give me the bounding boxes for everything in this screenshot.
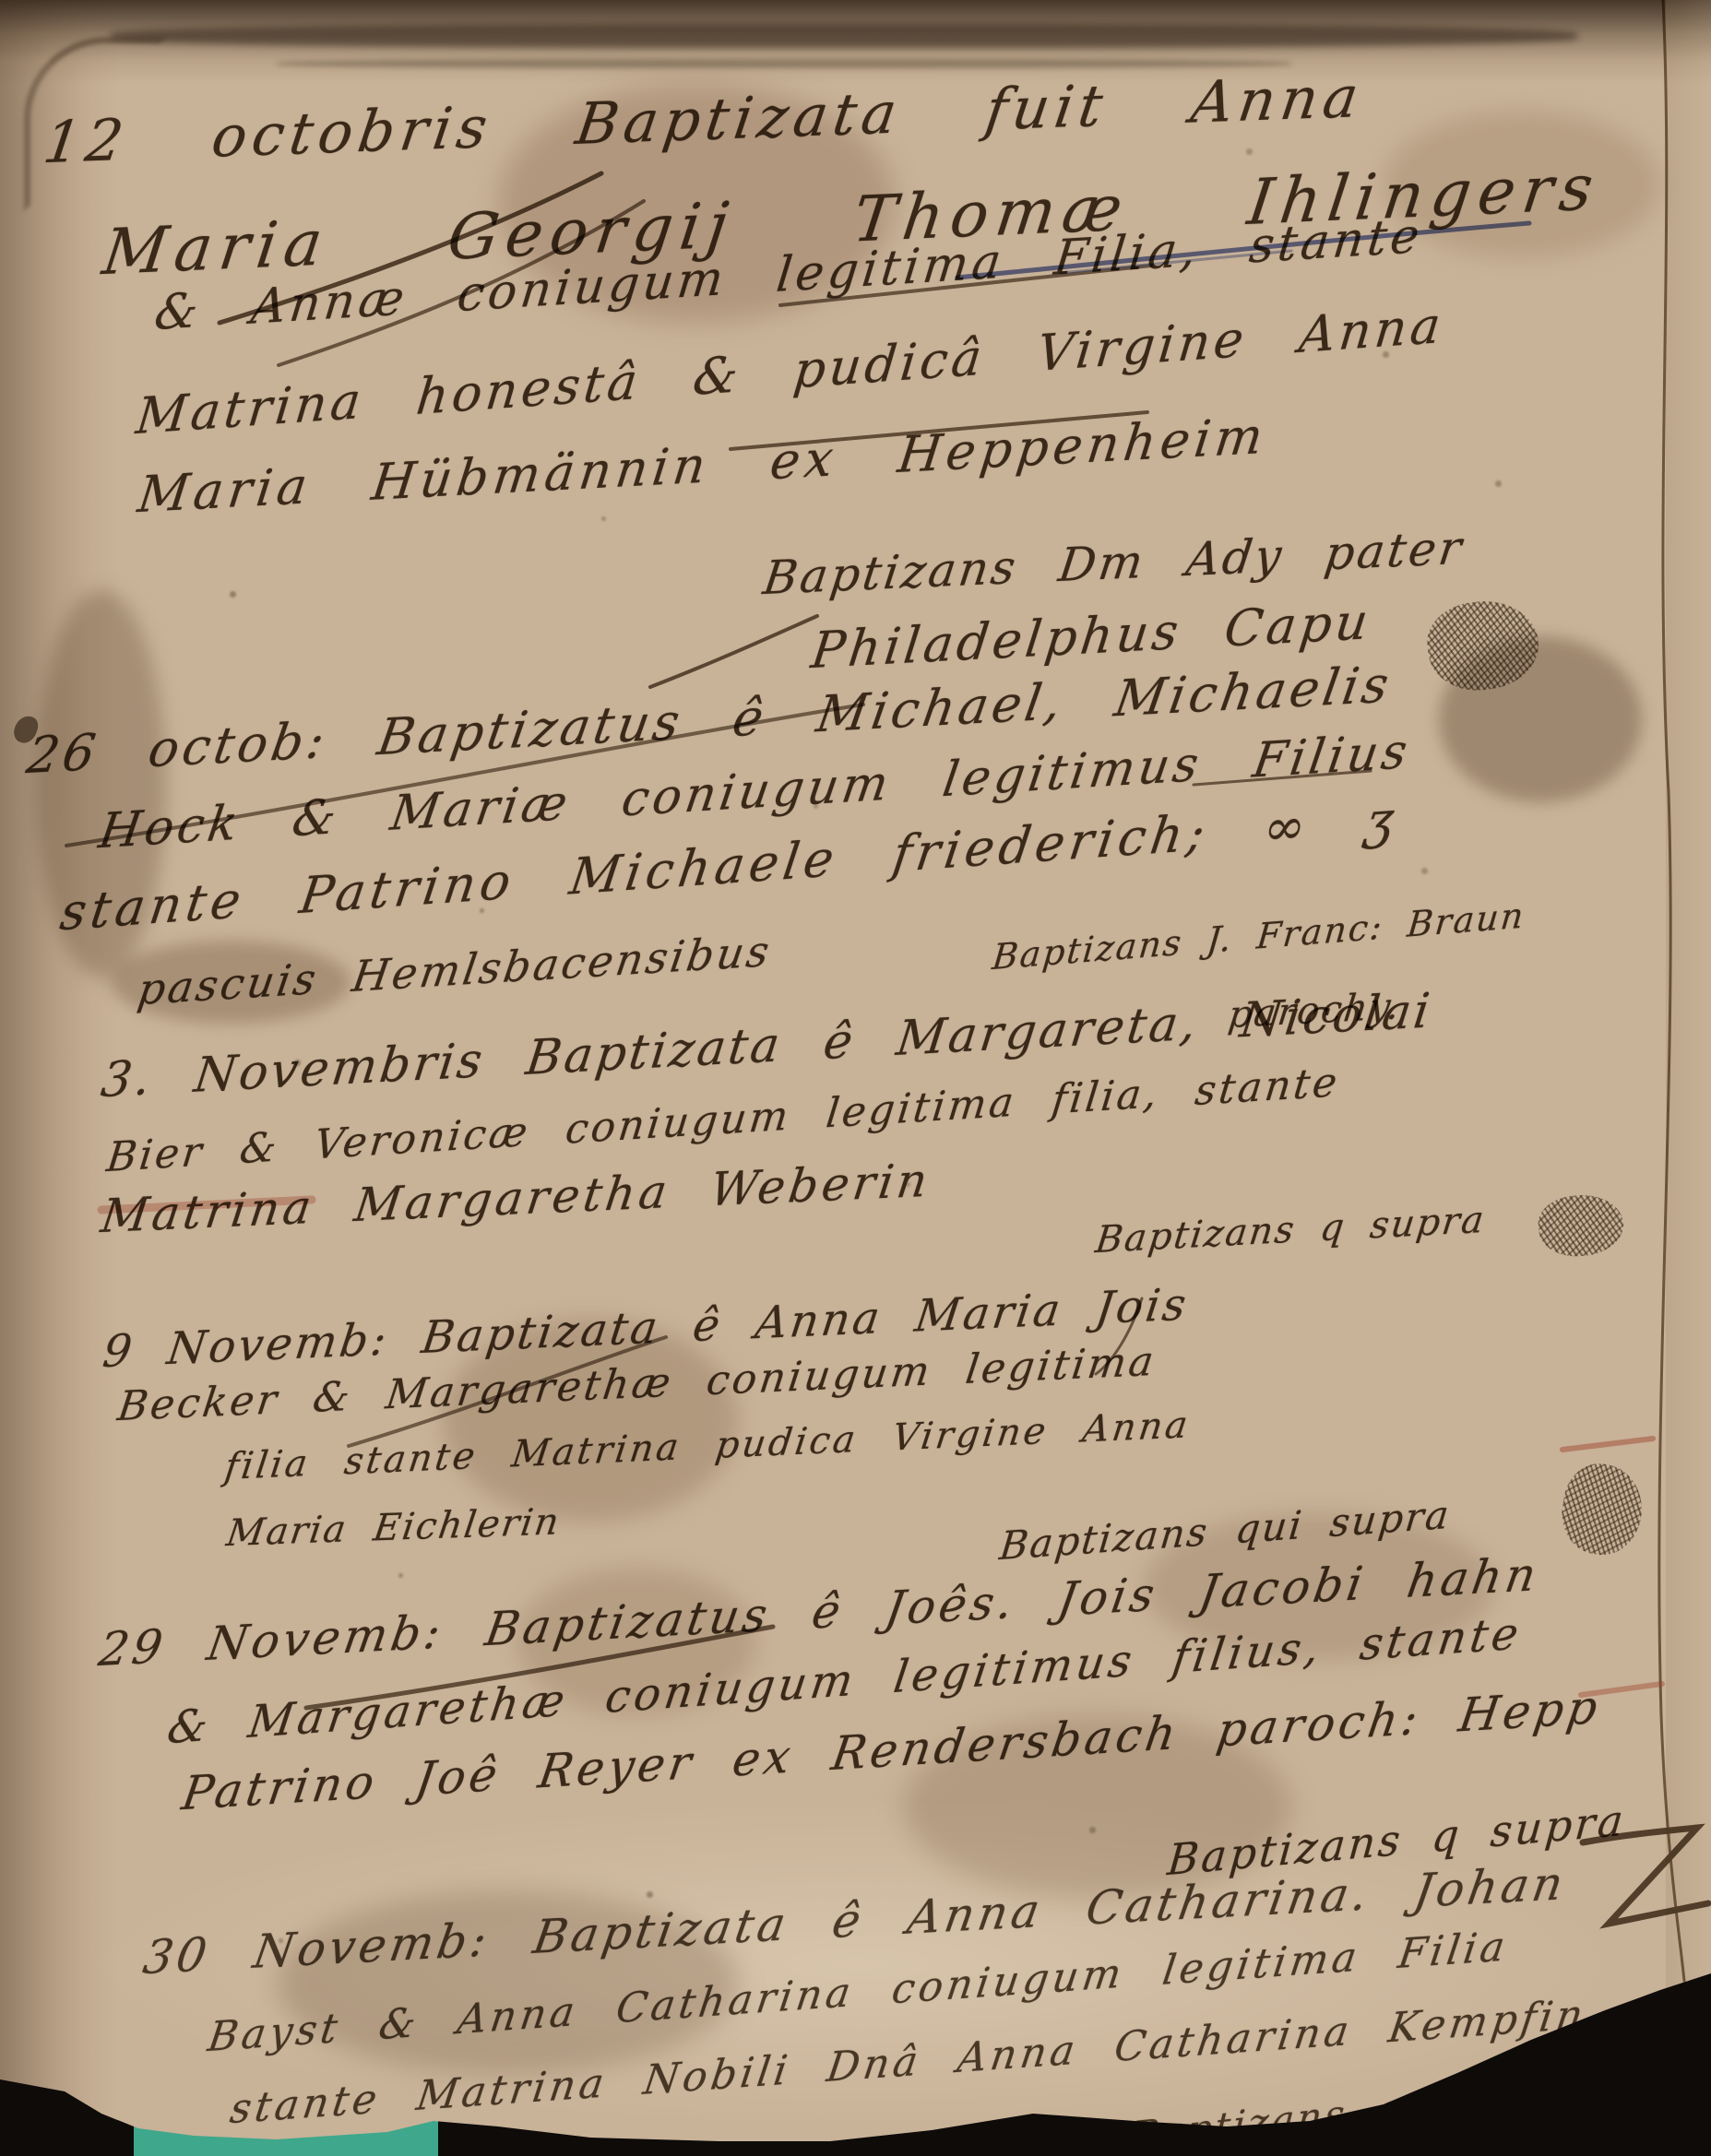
manuscript-photo: 12 octobris Baptizata fuit Anna Maria Ge… xyxy=(0,0,1711,2156)
parchment-stain xyxy=(1439,636,1642,802)
red-chalk-mark-1 xyxy=(101,1200,312,1210)
baptizans-signature-line: Baptizans Dm Ady pater xyxy=(760,521,1467,606)
baptizans-signature-line: Baptizans J. Franc: Braun xyxy=(991,894,1527,977)
parchment-stain xyxy=(277,1890,738,2075)
parchment-stain xyxy=(517,1568,756,1715)
foxing-specks xyxy=(0,0,5,5)
entry-text-line: Bier & Veronicæ coniugum legitima filia,… xyxy=(104,1059,1342,1181)
parchment-stain xyxy=(1144,1512,1494,1660)
blue-pencil-underline-2 xyxy=(1061,251,1291,273)
pen-scribble xyxy=(1555,1458,1649,1560)
pen-scribble xyxy=(1536,1191,1626,1260)
entry3-q-descender xyxy=(1096,1298,1142,1374)
red-chalk-mark-2 xyxy=(1562,1439,1653,1450)
baptizans-signature-line: Philadelphus Capu xyxy=(808,592,1374,680)
parchment-stain xyxy=(111,941,351,1024)
baptizans-signature-line: parochy. xyxy=(1226,985,1403,1037)
heppenheim-strike xyxy=(731,412,1147,449)
parchment-stain xyxy=(443,1319,738,1522)
red-chalk-mark-3 xyxy=(1581,1684,1662,1695)
entry-text-line: Maria Hübmännin ex Heppenheim xyxy=(135,407,1270,525)
entry-text-line: Matrina Margaretha Weberin xyxy=(98,1154,934,1244)
baptizans-signature-line: Baptizans q supra xyxy=(1093,1199,1488,1262)
entry-text-line: Maria Eichlerin xyxy=(224,1500,564,1555)
entry-text-line: stante Patrino Michaele friederich; ∞ ʒ xyxy=(57,789,1403,942)
register-page: 12 octobris Baptizata fuit Anna Maria Ge… xyxy=(0,0,1711,2156)
entry-text-line: 26 octob: Baptizatus ê Michael, Michaeli… xyxy=(23,655,1396,785)
entry-text-line: Hock & Mariæ coniugum legitimus Filius xyxy=(95,724,1414,860)
parchment-stain xyxy=(904,1715,1291,1900)
top-ink-streak-2 xyxy=(277,59,1291,68)
top-ink-streak xyxy=(111,24,1577,48)
entry-text-line: Matrina honestâ & pudicâ Virgine Anna xyxy=(134,296,1447,446)
fore-edge-strip xyxy=(1666,0,1711,2156)
top-left-corner-crease xyxy=(24,37,166,211)
michaelis-underline xyxy=(1194,771,1371,785)
parchment-stain xyxy=(37,590,166,977)
baptizatus-tail-stroke xyxy=(66,705,863,846)
parchment-stain xyxy=(498,83,895,323)
parchment-stain xyxy=(1384,111,1660,258)
philadelphus-tail-stroke xyxy=(650,616,817,687)
